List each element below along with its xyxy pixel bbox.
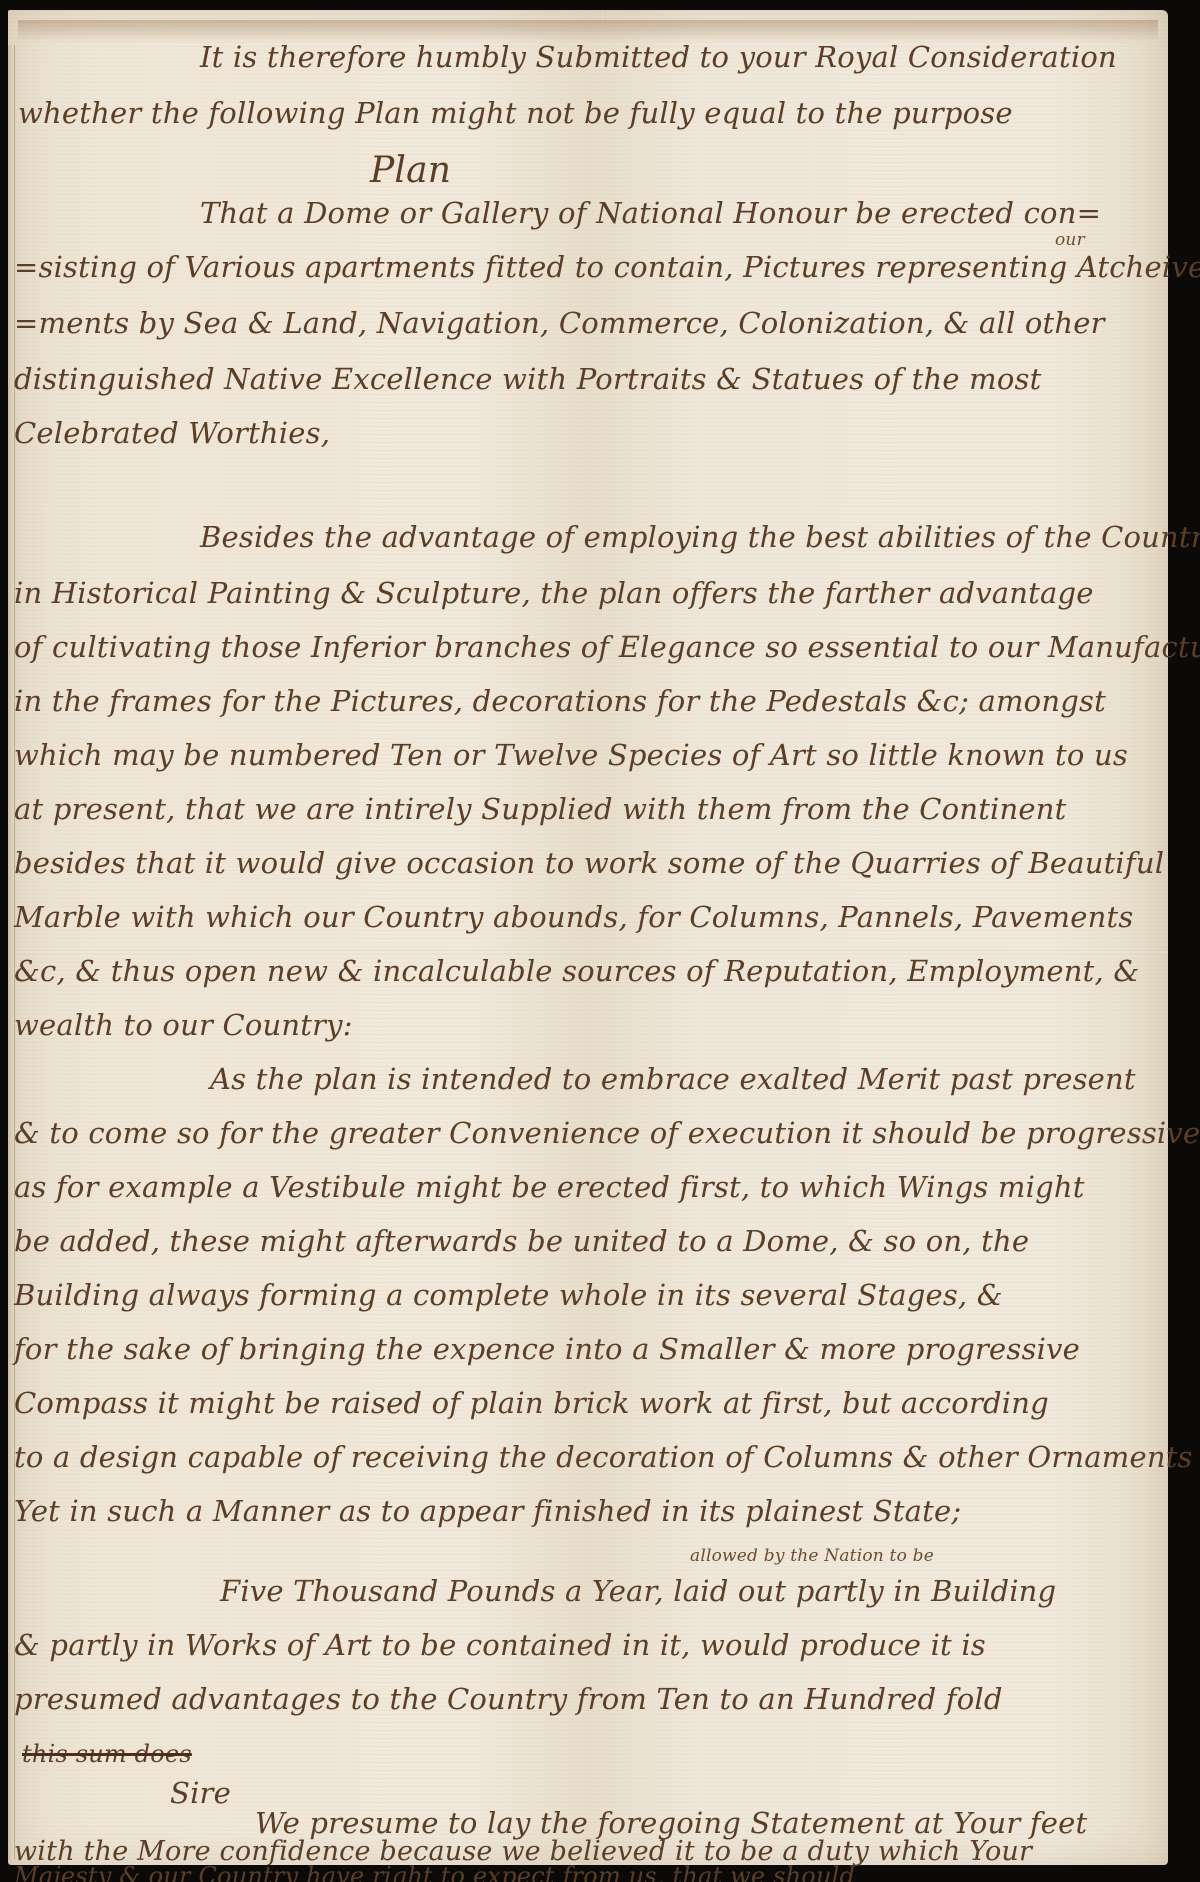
interlinear-insert-our: our	[1055, 230, 1085, 250]
paragraph-3-line-3: as for example a Vestibule might be erec…	[14, 1170, 1085, 1204]
paragraph-1-line-5: Celebrated Worthies,	[14, 416, 330, 450]
interlinear-insert-allowed: allowed by the Nation to be	[690, 1546, 934, 1566]
opening-line-2: whether the following Plan might not be …	[18, 96, 1013, 130]
paragraph-2-line-5: which may be numbered Ten or Twelve Spec…	[14, 738, 1128, 772]
paragraph-1-line-3: =ments by Sea & Land, Navigation, Commer…	[14, 306, 1105, 340]
paragraph-2-line-3: of cultivating those Inferior branches o…	[14, 630, 1200, 664]
paragraph-2-line-9: &c, & thus open new & incalculable sourc…	[14, 954, 1139, 988]
paragraph-2-line-8: Marble with which our Country abounds, f…	[14, 900, 1133, 934]
paper-stain	[18, 20, 1158, 42]
paragraph-2-line-10: wealth to our Country:	[14, 1008, 353, 1042]
opening-line-1: It is therefore humbly Submitted to your…	[200, 40, 1117, 74]
paragraph-2-line-7: besides that it would give occasion to w…	[14, 846, 1164, 880]
struck-text: this sum does	[22, 1740, 192, 1768]
paragraph-3-line-7: Compass it might be raised of plain bric…	[14, 1386, 1049, 1420]
paragraph-2-line-6: at present, that we are intirely Supplie…	[14, 792, 1067, 826]
salutation: Sire	[170, 1776, 231, 1810]
paragraph-3-line-4: be added, these might afterwards be unit…	[14, 1224, 1029, 1258]
paragraph-3-line-1: As the plan is intended to embrace exalt…	[210, 1062, 1136, 1096]
paragraph-2-line-1: Besides the advantage of employing the b…	[200, 520, 1200, 554]
paragraph-3-line-6: for the sake of bringing the expence int…	[14, 1332, 1080, 1366]
paragraph-4-line-3: presumed advantages to the Country from …	[14, 1682, 1003, 1716]
paragraph-3-line-2: & to come so for the greater Convenience…	[14, 1116, 1200, 1150]
paragraph-4-line-2: & partly in Works of Art to be contained…	[14, 1628, 986, 1662]
closing-line-1: We presume to lay the foregoing Statemen…	[255, 1806, 1087, 1840]
paragraph-1-line-2: =sisting of Various apartments fitted to…	[14, 250, 1200, 284]
paragraph-2-line-2: in Historical Painting & Sculpture, the …	[14, 576, 1094, 610]
plan-heading: Plan	[370, 150, 451, 191]
paragraph-3-line-5: Building always forming a complete whole…	[14, 1278, 1003, 1312]
manuscript-scan: It is therefore humbly Submitted to your…	[0, 0, 1200, 1882]
closing-line-3: Majesty & our Country have right to expe…	[14, 1862, 855, 1882]
paragraph-3-line-9: Yet in such a Manner as to appear finish…	[14, 1494, 961, 1528]
paragraph-1-line-4: distinguished Native Excellence with Por…	[14, 362, 1041, 396]
paragraph-2-line-4: in the frames for the Pictures, decorati…	[14, 684, 1106, 718]
paragraph-1-line-1: That a Dome or Gallery of National Honou…	[200, 196, 1101, 230]
paragraph-4-line-1: Five Thousand Pounds a Year, laid out pa…	[220, 1574, 1056, 1608]
paragraph-3-line-8: to a design capable of receiving the dec…	[14, 1440, 1193, 1474]
